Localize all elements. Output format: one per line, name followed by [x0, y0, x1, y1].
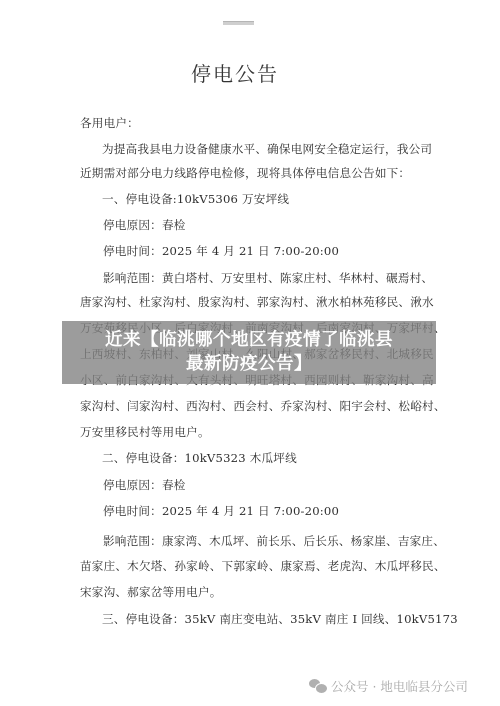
document-title: 停电公告 [0, 58, 470, 87]
header-rule [223, 21, 254, 25]
watermark-text: 公众号 · 地电临县分公司 [331, 677, 468, 695]
section-2-reason: 停电原因：春检 [103, 477, 186, 493]
section-2-scope-line: 苗家庄、木欠塔、孙家岭、下郭家岭、康家焉、老虎沟、木瓜坪移民、 [80, 558, 446, 574]
headline-line-1: 近来【临洮哪个地区有疫情了临洮县 [62, 328, 436, 352]
section-3-equipment: 三、停电设备：35kV 南庄变电站、35kV 南庄 I 回线、10kV5173 [102, 611, 458, 627]
wechat-icon [309, 679, 327, 693]
section-1-scope-line: 影响范围：黄白塔村、万安里村、陈家庄村、华林村、碾焉村、 [103, 270, 433, 286]
intro-line-2: 近期需对部分电力线路停电检修，现将具体停电信息公告如下： [80, 165, 410, 181]
section-1-time: 停电时间：2025 年 4 月 21 日 7:00-20:00 [103, 243, 339, 259]
section-2-time: 停电时间：2025 年 4 月 21 日 7:00-20:00 [103, 503, 339, 519]
section-1-reason: 停电原因：春检 [103, 217, 186, 233]
section-1-equipment: 一、停电设备:10kV5306 万安坪线 [102, 191, 289, 207]
section-1-scope-line: 万安里移民村等用电户。 [80, 424, 210, 440]
salutation: 各用电户： [80, 115, 139, 131]
section-1-scope-line: 唐家沟村、杜家沟村、殷家沟村、郭家沟村、湫水柏林苑移民、湫水 [80, 294, 434, 310]
section-2-scope-line: 宋家沟、郝家岔等用电户。 [80, 584, 222, 600]
section-2-scope-line: 影响范围：康家湾、木瓜坪、前长乐、后长乐、杨家崖、吉家庄、 [103, 533, 445, 549]
section-1-scope-line: 家沟村、闫家沟村、西沟村、西会村、乔家沟村、阳宇会村、松峪村、 [80, 398, 446, 414]
section-2-equipment: 二、停电设备：10kV5323 木瓜坪线 [102, 450, 297, 466]
intro-line-1: 为提高我县电力设备健康水平、确保电网安全稳定运行，我公司 [102, 141, 432, 157]
watermark: 公众号 · 地电临县分公司 [309, 677, 468, 695]
headline-line-2: 最新防疫公告】 [62, 352, 436, 376]
headline-overlay: 近来【临洮哪个地区有疫情了临洮县 最新防疫公告】 [62, 321, 436, 376]
